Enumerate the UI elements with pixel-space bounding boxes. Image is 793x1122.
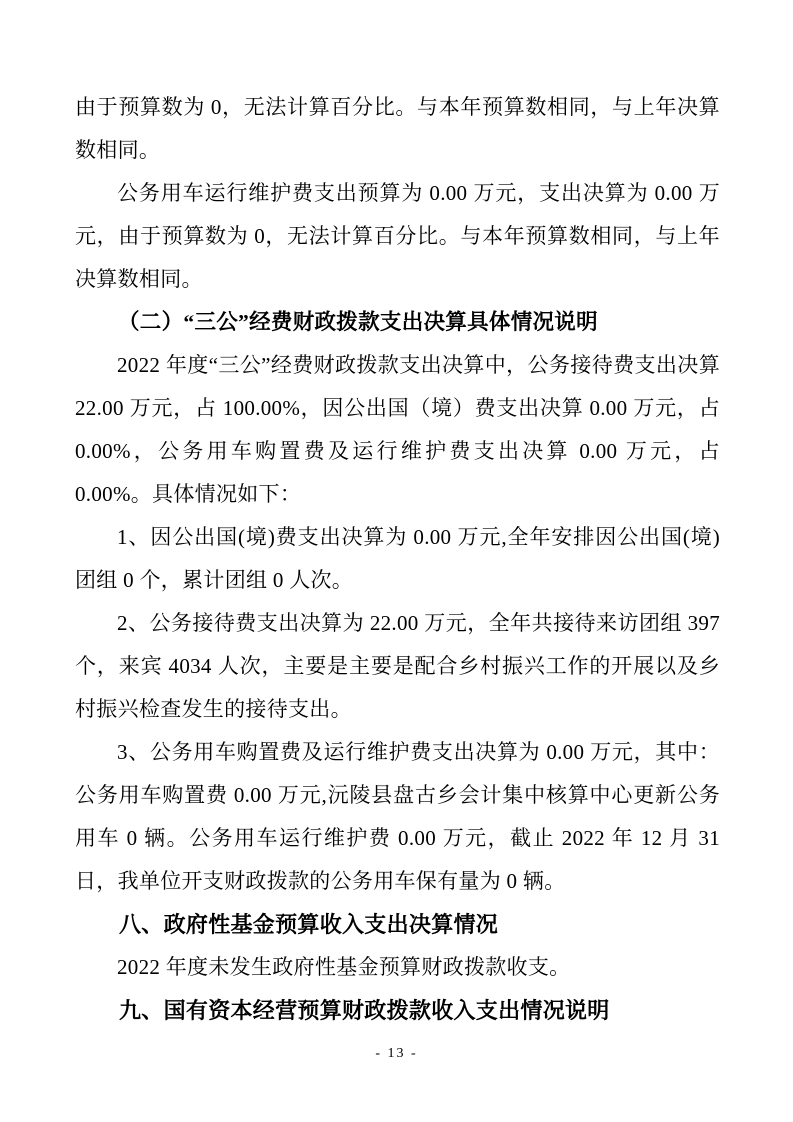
- section-heading: 八、政府性基金预算收入支出决算情况: [75, 903, 720, 946]
- paragraph: 2022 年度未发生政府性基金预算财政拨款收支。: [75, 946, 720, 989]
- document-page: 由于预算数为 0，无法计算百分比。与本年预算数相同，与上年决算数相同。公务用车运…: [0, 0, 793, 1122]
- document-body: 由于预算数为 0，无法计算百分比。与本年预算数相同，与上年决算数相同。公务用车运…: [0, 0, 793, 1032]
- page-number: - 13 -: [0, 1046, 793, 1062]
- paragraph: 2、公务接待费支出决算为 22.00 万元，全年共接待来访团组 397 个，来宾…: [75, 602, 720, 731]
- paragraph: 3、公务用车购置费及运行维护费支出决算为 0.00 万元，其中：公务用车购置费 …: [75, 731, 720, 903]
- paragraph: 1、因公出国(境)费支出决算为 0.00 万元,全年安排因公出国(境)团组 0 …: [75, 516, 720, 602]
- section-heading: （二）“三公”经费财政拨款支出决算具体情况说明: [75, 301, 720, 344]
- paragraph: 公务用车运行维护费支出预算为 0.00 万元，支出决算为 0.00 万元，由于预…: [75, 172, 720, 301]
- paragraph: 由于预算数为 0，无法计算百分比。与本年预算数相同，与上年决算数相同。: [75, 86, 720, 172]
- section-heading: 九、国有资本经营预算财政拨款收入支出情况说明: [75, 989, 720, 1032]
- paragraph: 2022 年度“三公”经费财政拨款支出决算中，公务接待费支出决算 22.00 万…: [75, 344, 720, 516]
